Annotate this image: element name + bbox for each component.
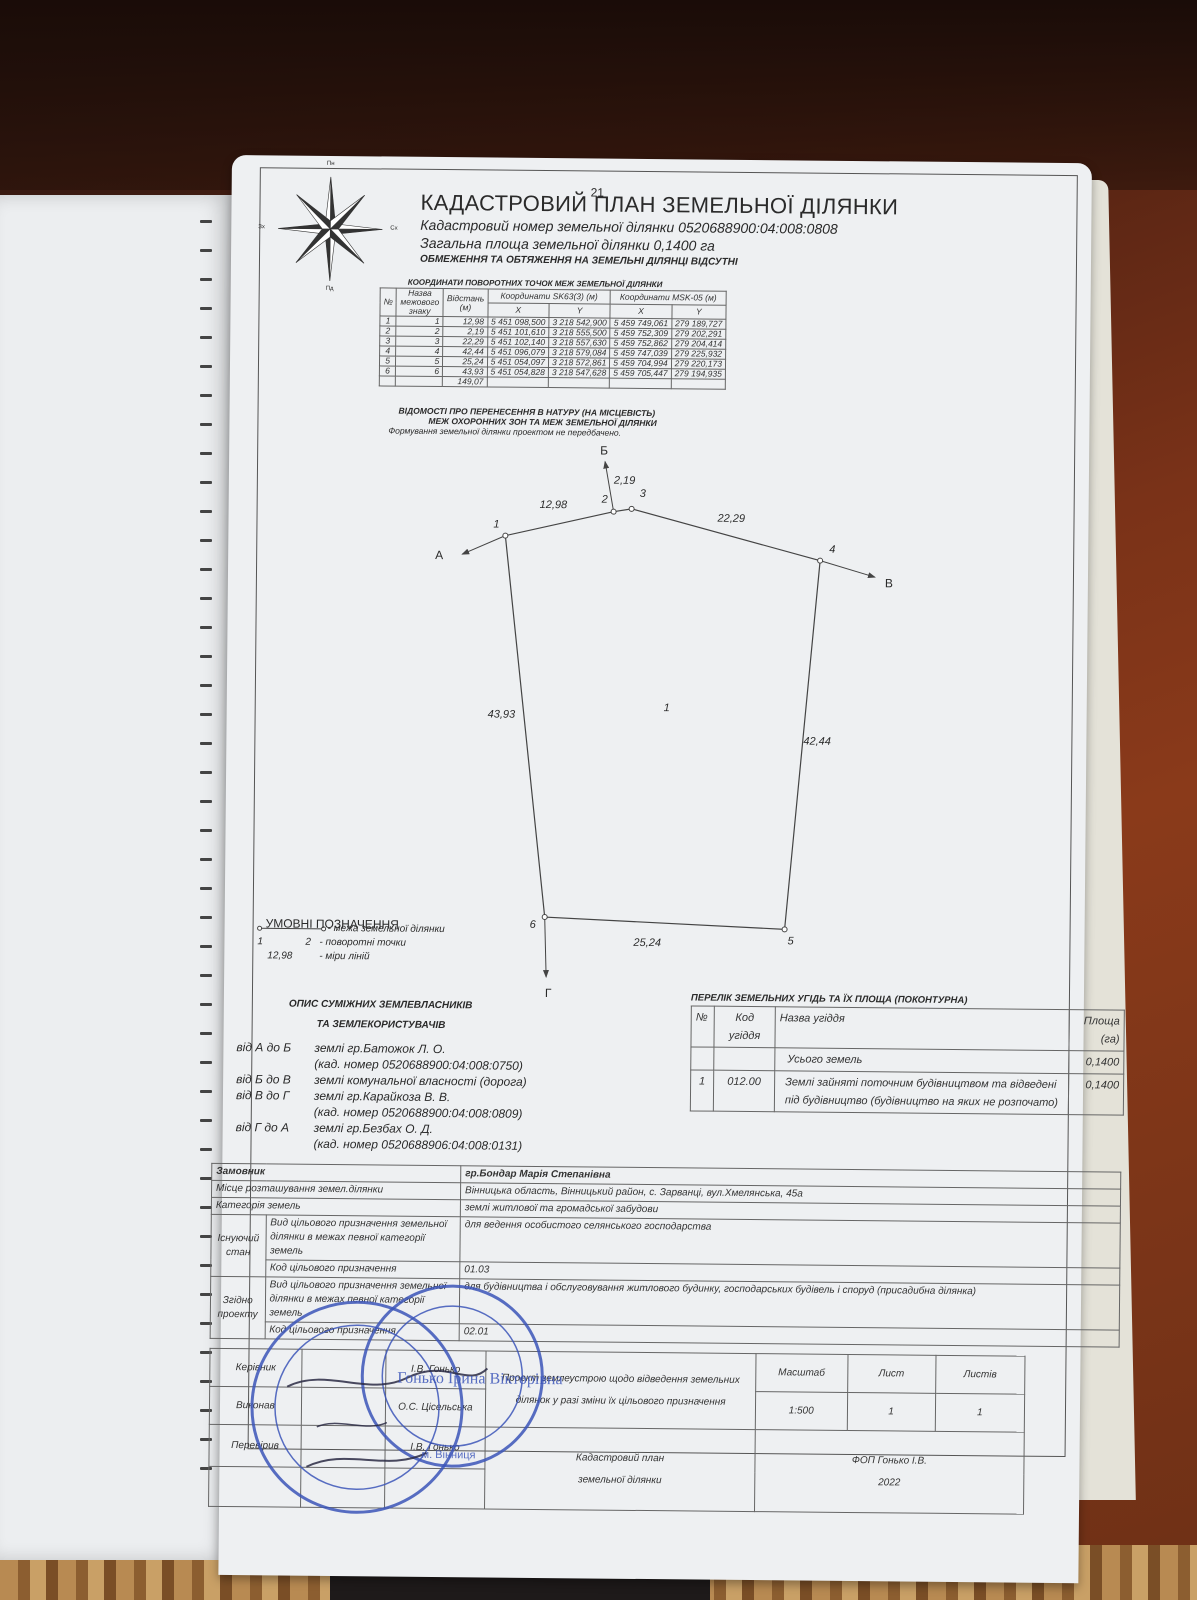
binder-hole [200, 307, 212, 310]
adjacent-title-2: ТА ЗЕМЛЕКОРИСТУВАЧІВ [317, 1019, 446, 1031]
binder-hole [200, 626, 212, 629]
binder-hole [200, 829, 212, 832]
land-col-name: Назва угіддя [775, 1007, 1069, 1051]
binder-hole [200, 945, 212, 948]
adjacent-range: від Б до В [236, 1072, 291, 1087]
adjacent-owner: землі гр.Безбах О. Д. [314, 1121, 433, 1136]
doc-name: Кадастровий план земельної ділянки [485, 1427, 755, 1512]
binder-hole [200, 800, 212, 803]
adjacent-owner: землі гр.Карайкоза В. В. [314, 1089, 450, 1104]
adjacent-cadastral-number: (кад. номер 0520688906:04:008:0131) [313, 1137, 522, 1153]
binder-hole [200, 1090, 212, 1093]
binder-hole [200, 481, 212, 484]
land-list-table: № Код угіддя Назва угіддя Площа (га) Усь… [690, 1005, 1125, 1115]
binder-hole [200, 742, 212, 745]
parcel-plan-drawing [253, 168, 1077, 1016]
binder-hole [200, 597, 212, 600]
executor-label: Виконав [209, 1386, 301, 1425]
cadastral-plan-page: Пн Пд Сх Зх 21 КАДАСТРОВИЙ ПЛАН ЗЕМЕЛЬНО… [218, 155, 1092, 1583]
binder-hole [200, 713, 212, 716]
binder-hole [200, 916, 212, 919]
neighbor-letter-b: Б [600, 444, 608, 458]
binder-hole [200, 771, 212, 774]
binder-hole [200, 887, 212, 890]
land-col-code: Код угіддя [714, 1006, 775, 1048]
point-label-5: 5 [787, 935, 793, 947]
arrow-g [544, 917, 547, 977]
scale-label: Масштаб [756, 1354, 848, 1393]
binder-hole [200, 365, 212, 368]
land-total-area: 0,1400 [1069, 1051, 1124, 1075]
title-block: Керівник І.В. Гонько Проект землеустрою … [208, 1348, 1025, 1515]
binder-hole [200, 510, 212, 513]
binder-hole [200, 220, 212, 223]
land-row: 1 012.00 Землі зайняті поточним будівниц… [690, 1070, 1123, 1115]
adjacent-owner: землі гр.Батожок Л. О. [314, 1041, 445, 1056]
edge-label-2-3: 2,19 [614, 475, 636, 487]
head-name: І.В. Гонько [385, 1350, 486, 1389]
binder-hole [200, 974, 212, 977]
adjacent-owner: землі комунальної власності (дорога) [314, 1073, 527, 1089]
adjacent-title-1: ОПИС СУМІЖНИХ ЗЕМЛЕВЛАСНИКІВ [289, 999, 473, 1012]
legend-boundary: - межа земельної ділянки [328, 923, 445, 935]
binder-hole [200, 1032, 212, 1035]
legend-points: - поворотні точки [319, 937, 406, 949]
checker-name: І.В. Гонько [384, 1426, 485, 1469]
existing-code-label: Код цільового призначення [265, 1260, 460, 1279]
binder-hole [200, 394, 212, 397]
legend-point-b: 2 [305, 937, 311, 948]
head-label: Керівник [210, 1348, 302, 1387]
binder-hole [200, 858, 212, 861]
binder-hole [200, 452, 212, 455]
parcel-number: 1 [664, 702, 670, 714]
binder-hole [200, 1119, 212, 1122]
page-frame: Пн Пд Сх Зх 21 КАДАСТРОВИЙ ПЛАН ЗЕМЕЛЬНО… [248, 167, 1078, 1457]
land-col-area: Площа (га) [1069, 1010, 1124, 1052]
binder-hole [200, 568, 212, 571]
adjacent-cadastral-number: (кад. номер 0520688900:04:008:0809) [314, 1105, 523, 1121]
point-label-6: 6 [530, 919, 536, 931]
existing-state-label: Існуючий стан [211, 1214, 266, 1277]
existing-purpose-label: Вид цільового призначення земельної діля… [265, 1215, 460, 1262]
binder-hole [200, 1061, 212, 1064]
binder-hole [200, 655, 212, 658]
edge-label-1-2: 12,98 [540, 499, 568, 511]
sheets-value: 1 [935, 1393, 1025, 1432]
binder-hole [200, 684, 212, 687]
compass-north-label: Пн [327, 161, 335, 167]
checker-label: Перевірив [209, 1424, 301, 1467]
edge-label-3-4: 22,29 [717, 513, 745, 525]
sheet-value: 1 [847, 1392, 935, 1431]
neighbor-letter-g: Г [545, 986, 552, 1000]
edge-label-4-5: 42,44 [803, 736, 831, 748]
binder-hole [200, 278, 212, 281]
existing-purpose-value: для ведення особистого селянського госпо… [460, 1217, 1120, 1268]
project-purpose-label: Вид цільового призначення земельної діля… [265, 1277, 460, 1324]
binder-hole [200, 423, 212, 426]
sheet-label: Лист [847, 1354, 935, 1393]
point-label-2: 2 [602, 494, 608, 506]
company-year: ФОП Гонько І.В. 2022 [754, 1430, 1024, 1515]
company-name: ФОП Гонько І.В. [759, 1449, 1019, 1473]
edge-label-5-6: 25,24 [633, 937, 661, 949]
legend-point-a: 1 [257, 936, 263, 947]
parcel-boundary [502, 508, 821, 930]
binder-hole [200, 539, 212, 542]
edge-label-6-1: 43,93 [488, 708, 516, 720]
project-purpose-value: для будівництва і обслуговування житлово… [459, 1279, 1119, 1330]
project-state-label: Згідно проекту [210, 1276, 265, 1339]
adjacent-range: від А до Б [236, 1040, 291, 1055]
project-code-label: Код цільового призначення [265, 1322, 460, 1341]
project-title: Проект землеустрою щодо відведення земел… [486, 1351, 756, 1430]
adjacent-cadastral-number: (кад. номер 0520688900:04:008:0750) [314, 1057, 523, 1073]
land-total-label: Усього земель [775, 1048, 1069, 1074]
land-col-no: № [691, 1006, 714, 1047]
point-label-3: 3 [640, 488, 646, 500]
legend-measures: - міри ліній [319, 951, 369, 962]
point-label-1: 1 [493, 519, 499, 531]
binder-hole [200, 1148, 212, 1151]
arrow-a [462, 535, 505, 554]
scale-value: 1:500 [755, 1392, 847, 1431]
binder-hole [200, 336, 212, 339]
neighbor-letter-a: А [435, 548, 443, 562]
neighbor-letter-v: В [885, 576, 893, 590]
sheets-label: Листів [935, 1355, 1025, 1394]
arrow-v [820, 561, 875, 578]
turning-points [499, 505, 823, 932]
adjacent-range: від Г до А [236, 1120, 290, 1135]
company-year-value: 2022 [759, 1471, 1019, 1495]
binder-hole [200, 1003, 212, 1006]
point-label-4: 4 [829, 544, 835, 556]
executor-name: О.С. Цісельська [385, 1388, 486, 1427]
binder-hole [200, 249, 212, 252]
parcel-info-table: Замовник гр.Бондар Марія Степанівна Місц… [210, 1163, 1122, 1348]
legend-measure-sample: 12,98 [267, 950, 292, 961]
adjacent-range: від В до Г [236, 1088, 290, 1103]
